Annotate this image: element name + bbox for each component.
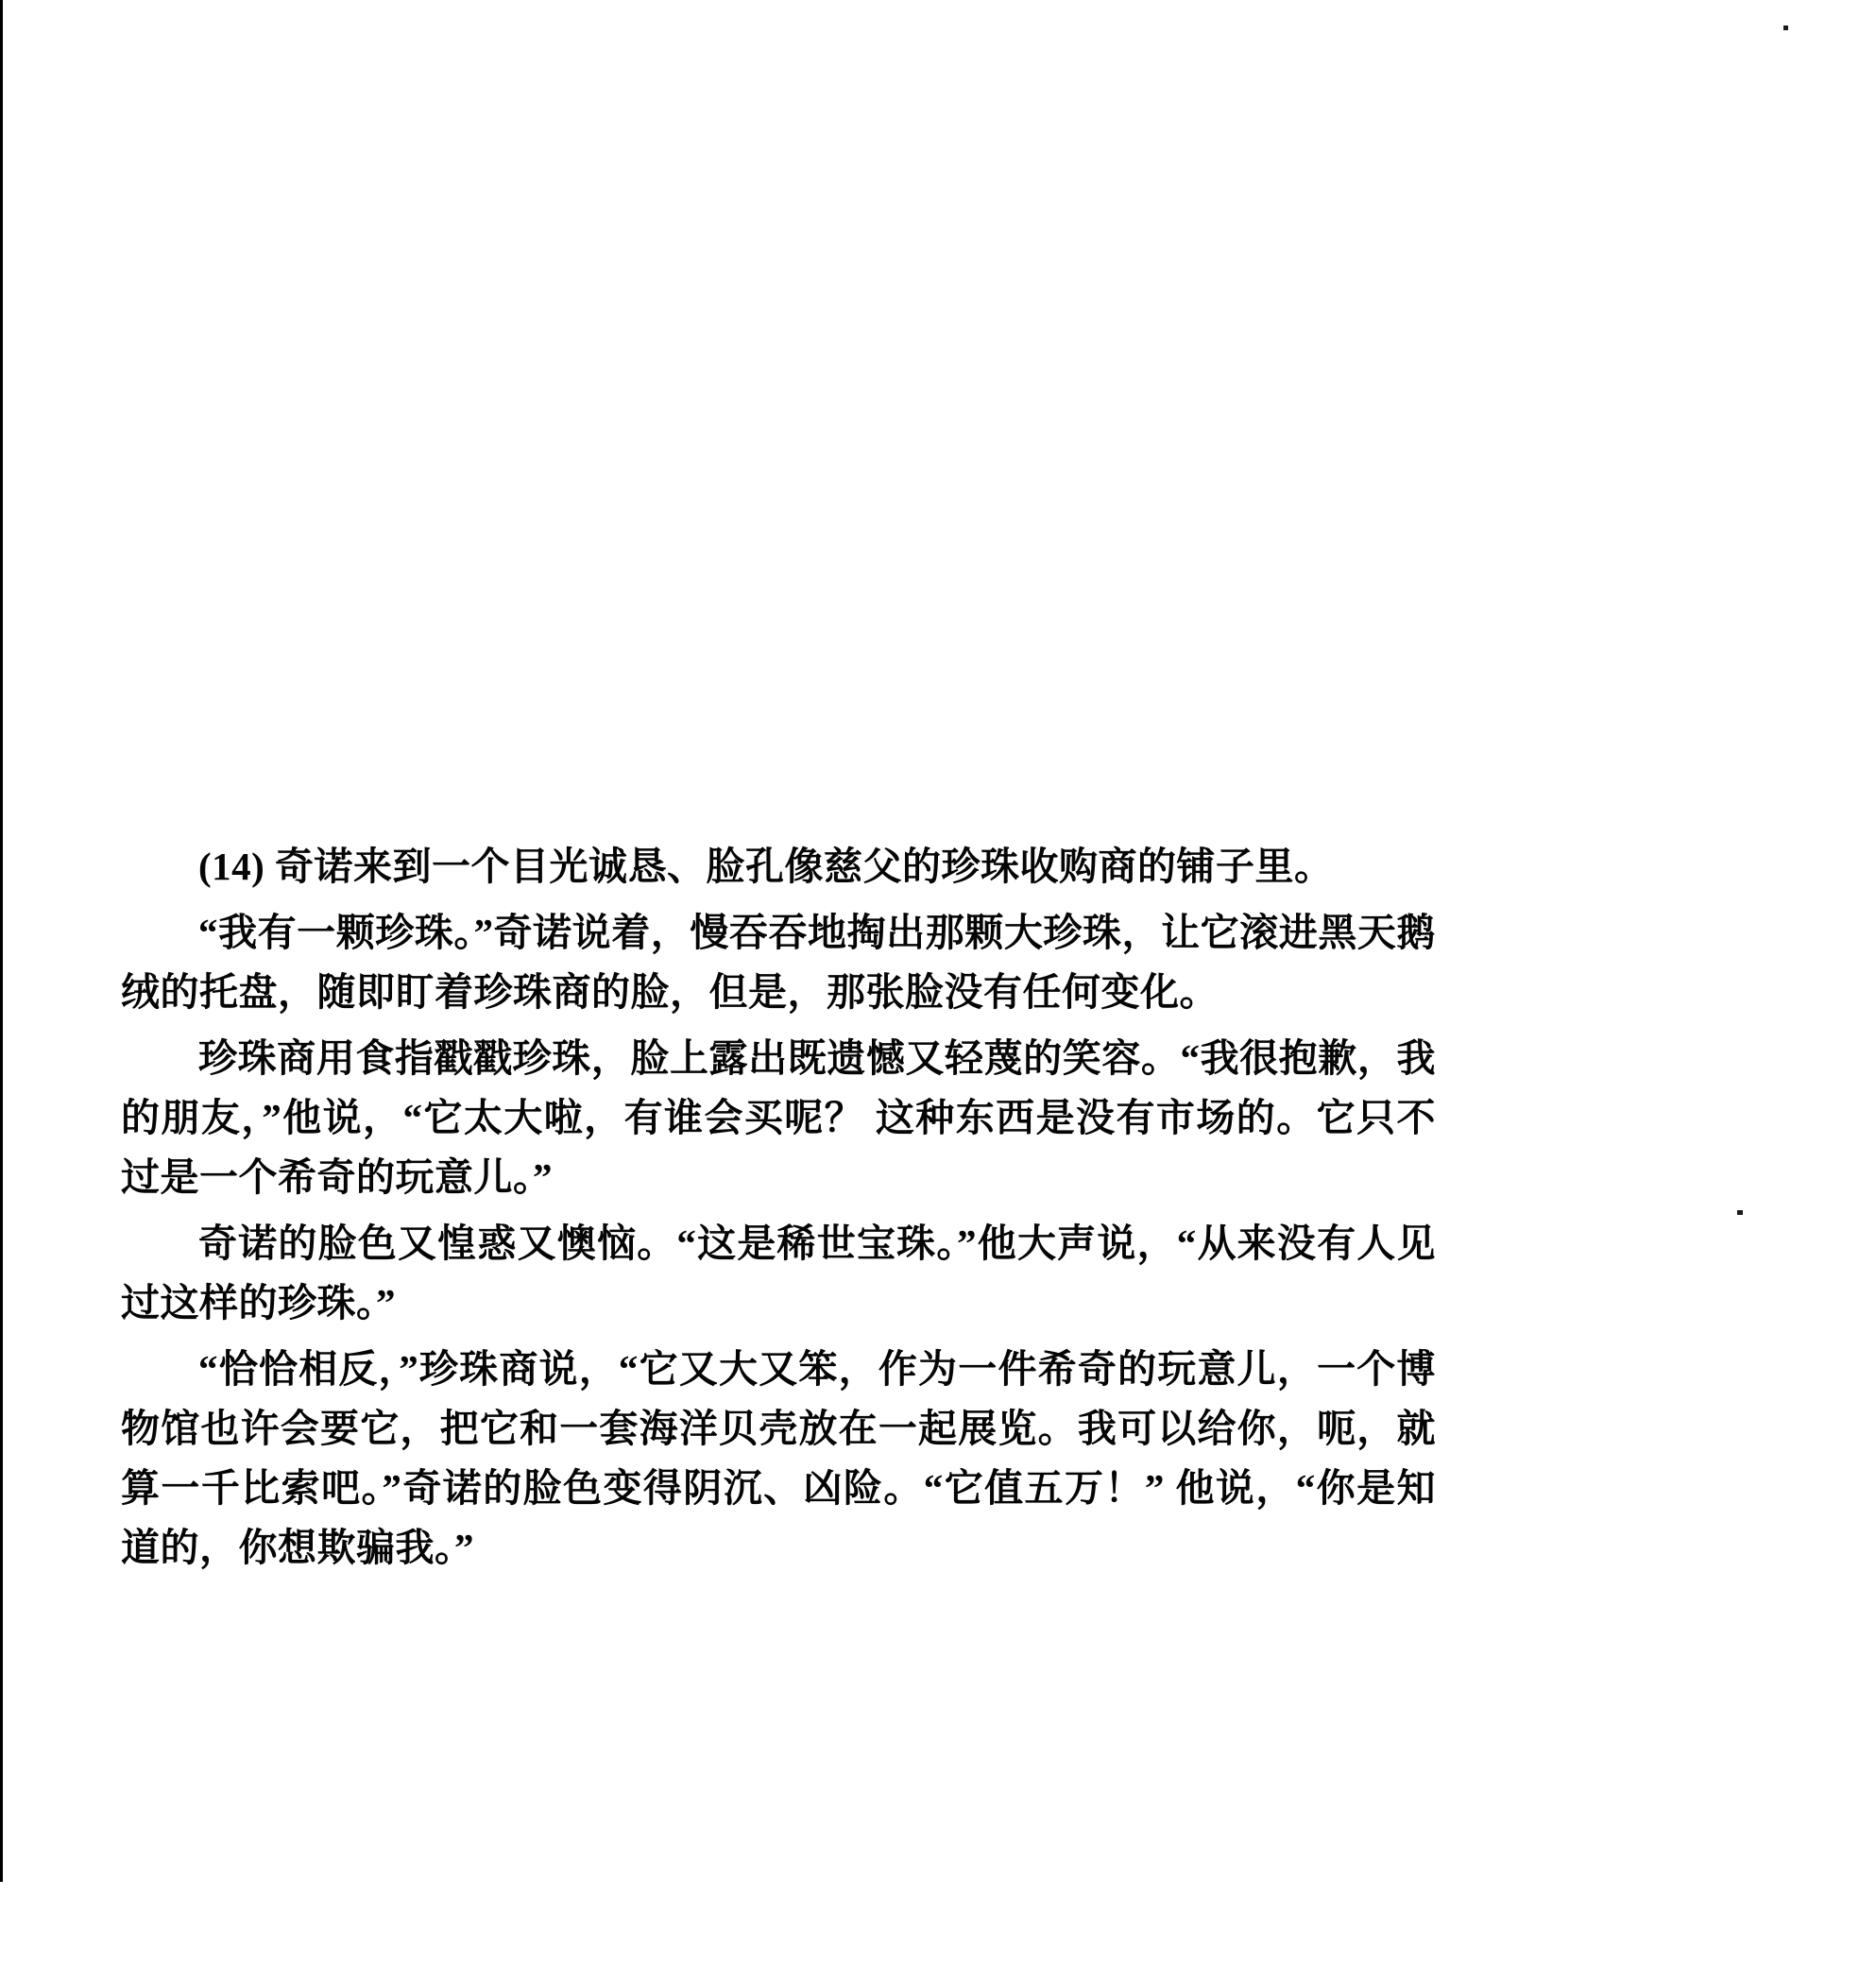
scanned-page: (14) 奇诺来到一个目光诚恳、脸孔像慈父的珍珠收购商的铺子里。 “我有一颗珍珠… — [0, 0, 1876, 1965]
dust-speck — [1783, 26, 1788, 30]
paragraph-5: “恰恰相反，”珍珠商说，“它又大又笨，作为一件希奇的玩意儿，一个博物馆也许会要它… — [121, 1340, 1436, 1578]
dust-speck — [1737, 1210, 1743, 1215]
paragraph-1: (14) 奇诺来到一个目光诚恳、脸孔像慈父的珍珠收购商的铺子里。 — [121, 837, 1436, 897]
paragraph-2: “我有一颗珍珠。”奇诺说着，慢吞吞地掏出那颗大珍珠，让它滚进黑天鹅绒的托盘，随即… — [121, 903, 1436, 1022]
body-text-block: (14) 奇诺来到一个目光诚恳、脸孔像慈父的珍珠收购商的铺子里。 “我有一颗珍珠… — [121, 837, 1436, 1578]
paragraph-4: 奇诺的脸色又惶惑又懊恼。“这是稀世宝珠。”他大声说，“从来没有人见过这样的珍珠。… — [121, 1214, 1436, 1333]
paragraph-3: 珍珠商用食指戳戳珍珠，脸上露出既遗憾又轻蔑的笑容。“我很抱歉，我的朋友，”他说，… — [121, 1029, 1436, 1207]
scan-edge-line — [0, 0, 3, 1882]
